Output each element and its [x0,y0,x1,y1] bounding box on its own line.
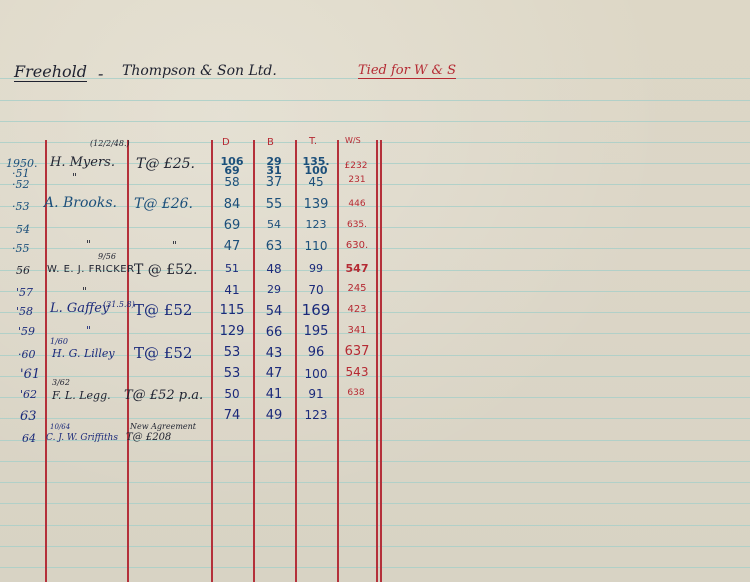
t-value: 100 [296,166,336,175]
b-value: 29 [254,284,294,295]
year: '62 [20,389,37,400]
year: 64 [22,433,36,444]
ruled-line [0,461,750,462]
b-value: 47 [254,367,294,380]
property-type: Freehold [14,64,87,82]
column-header-t: T. [309,137,317,147]
d-value: 115 [212,304,252,317]
ledger-page: Freehold - Thompson & Son Ltd. Tied for … [0,0,750,582]
year: '59 [18,326,35,337]
tenant-ditto: " [72,172,77,183]
tenant-note: (31.5.8) [103,301,135,309]
tenant-name: A. Brooks. [44,196,117,210]
ws-value: 446 [340,200,374,209]
year: '61 [20,368,40,381]
column-divider [127,140,129,582]
t-value: 110 [296,240,336,252]
d-value: 69 [212,166,252,175]
ruled-line [0,482,750,483]
column-divider [376,140,378,582]
ruled-line [0,227,750,228]
ruled-line [0,184,750,185]
t-value: 45 [296,176,336,188]
d-value: 50 [212,388,252,400]
d-value: 53 [212,346,252,359]
ruled-line [0,546,750,547]
ruled-line [0,291,750,292]
tenant-name: F. L. Legg. [52,390,111,401]
b-value: 41 [254,388,294,401]
column-divider [337,140,339,582]
column-header-b: B [267,138,274,148]
tenant-ditto: " [86,325,91,336]
tenant-note: 3/62 [52,379,70,387]
rent-terms: T@ £25. [136,157,195,171]
t-value: 123 [296,219,336,230]
tenant-ditto: " [82,286,87,297]
b-value: 43 [254,347,294,360]
b-value: 49 [254,409,294,422]
ruled-line [0,525,750,526]
ws-value: 547 [340,263,374,274]
tenant-name: H. G. Lilley [52,348,115,359]
rent-terms: T@ £52 [134,303,192,318]
ws-value: 630. [340,241,374,251]
year: '58 [16,306,33,317]
ws-value: 423 [340,305,374,315]
b-value: 55 [254,198,294,211]
tenant-note: 10/64 [50,424,70,431]
rent-terms: T@ £52 p.a. [124,389,203,402]
b-value: 54 [254,219,294,230]
t-value: 91 [296,388,336,400]
t-value: 195 [296,325,336,338]
d-value: 129 [212,325,252,338]
ruled-line [0,397,750,398]
d-value: 58 [212,176,252,188]
d-value: 47 [212,240,252,253]
tenant-note: 9/56 [98,253,116,261]
ruled-line [0,100,750,101]
ruled-line [0,567,750,568]
tenant-note: 1/60 [50,338,68,346]
ruled-line [0,121,750,122]
d-value: 51 [212,263,252,274]
ruled-line [0,312,750,313]
t-value: 169 [296,303,336,318]
column-header-d: D [222,138,230,148]
rent-terms: T @ £52. [134,263,197,277]
ruled-line [0,418,750,419]
column-header-ws: W/S [345,137,361,145]
tenant-name: H. Myers. [50,156,115,169]
b-value: 54 [254,305,294,318]
t-value: 96 [296,346,336,359]
year: 54 [16,224,30,235]
ws-value: 341 [340,326,374,336]
ws-value: 543 [340,366,374,378]
d-value: 53 [212,367,252,380]
year: 63 [20,410,37,423]
year: ·53 [12,201,30,212]
d-value: 41 [212,284,252,296]
ws-value: 231 [340,176,374,185]
b-value: 66 [254,326,294,339]
ruled-line [0,503,750,504]
rent-terms: T@ £26. [134,197,193,211]
tied-note: Tied for W & S [358,64,456,79]
year: ·60 [18,349,36,360]
t-value: 100 [296,368,336,380]
ws-value: 638 [339,389,373,398]
b-value: 37 [254,176,294,189]
year: ·52 [12,179,30,190]
ruled-line [0,248,750,249]
d-value: 74 [212,409,252,422]
b-value: 63 [254,240,294,253]
d-value: 69 [212,219,252,232]
tenant-name: W. E. J. FRICKER [47,265,135,275]
year: 56 [16,265,30,276]
ws-value: 635. [340,221,374,230]
ws-value: £232 [339,162,373,171]
rent-terms: T@ £208 [126,433,171,443]
tenant-name: L. Gaffey [50,302,109,315]
column-divider [380,140,382,582]
ws-value: 245 [340,284,374,294]
heading-separator: - [98,66,103,82]
t-value: 139 [296,198,336,211]
rent-ditto: " [172,240,177,251]
ruled-line [0,376,750,377]
rent-terms: T@ £52 [134,346,192,361]
d-value: 84 [212,198,252,211]
year: '57 [16,287,33,298]
t-value: 99 [296,263,336,274]
tenant-note: (12/2/48.) [90,140,130,148]
b-value: 48 [254,263,294,275]
t-value: 123 [296,409,336,421]
year: ·55 [12,243,30,254]
t-value: 70 [296,284,336,296]
rent-note: New Agreement [130,423,196,431]
owner-name: Thompson & Son Ltd. [122,64,277,78]
tenant-ditto: " [86,239,91,250]
tenant-name: C. J. W. Griffiths [46,434,118,443]
ws-value: 637 [340,345,374,358]
ruled-line [0,333,750,334]
b-value: 31 [254,166,294,175]
